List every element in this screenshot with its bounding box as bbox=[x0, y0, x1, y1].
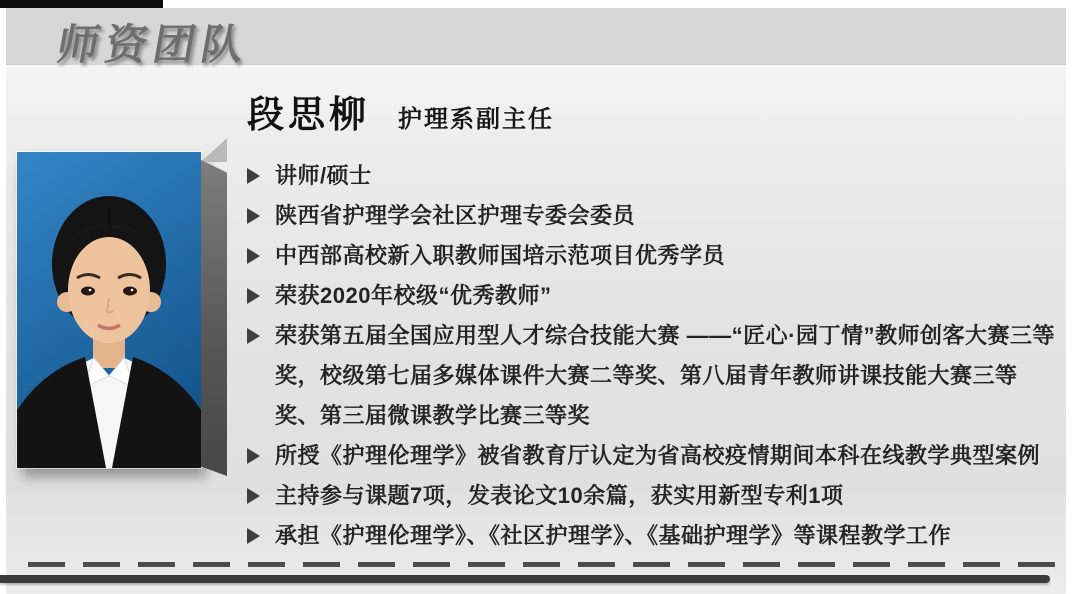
name-row: 段思柳 护理系副主任 bbox=[247, 84, 554, 138]
credentials-list: 讲师/硕士陕西省护理学会社区护理专委会委员中西部高校新入职教师国培示范项目优秀学… bbox=[247, 156, 1059, 556]
person-role: 护理系副主任 bbox=[398, 99, 554, 134]
arrow-bullet-icon bbox=[247, 208, 260, 224]
bullet-text: 陕西省护理学会社区护理专委会委员 bbox=[275, 196, 635, 236]
portrait-photo-graphic bbox=[17, 152, 201, 468]
arrow-bullet-icon bbox=[247, 328, 260, 344]
list-item: 荣获第五届全国应用型人才综合技能大赛 ——“匠心·园丁情”教师创客大赛三等奖，校… bbox=[247, 316, 1059, 436]
person-name: 段思柳 bbox=[247, 84, 370, 138]
arrow-bullet-icon bbox=[247, 168, 260, 184]
bullet-text: 主持参与课题7项，发表论文10余篇，获实用新型专利1项 bbox=[275, 476, 843, 516]
arrow-bullet-icon bbox=[247, 248, 260, 264]
header-banner: 师资团队 bbox=[6, 8, 1066, 65]
slide: 师资团队 bbox=[0, 0, 1080, 594]
arrow-bullet-icon bbox=[247, 528, 260, 544]
list-item: 所授《护理伦理学》被省教育厅认定为省高校疫情期间本科在线教学典型案例 bbox=[247, 436, 1059, 476]
profile-photo bbox=[17, 152, 201, 468]
arrow-bullet-icon bbox=[247, 448, 260, 464]
top-accent-bar bbox=[0, 0, 163, 8]
bottom-dashed-divider bbox=[28, 562, 1064, 567]
bullet-text: 承担《护理伦理学》、《社区护理学》、《基础护理学》等课程教学工作 bbox=[275, 516, 951, 556]
list-item: 中西部高校新入职教师国培示范项目优秀学员 bbox=[247, 236, 1059, 276]
bullet-text: 讲师/硕士 bbox=[275, 156, 372, 196]
arrow-bullet-icon bbox=[247, 488, 260, 504]
list-item: 承担《护理伦理学》、《社区护理学》、《基础护理学》等课程教学工作 bbox=[247, 516, 1059, 556]
bullet-text: 所授《护理伦理学》被省教育厅认定为省高校疫情期间本科在线教学典型案例 bbox=[275, 436, 1040, 476]
bullet-text: 荣获2020年校级“优秀教师” bbox=[275, 276, 551, 316]
bullet-text: 荣获第五届全国应用型人才综合技能大赛 ——“匠心·园丁情”教师创客大赛三等奖，校… bbox=[275, 316, 1059, 436]
photo-side-strip bbox=[201, 160, 227, 476]
list-item: 主持参与课题7项，发表论文10余篇，获实用新型专利1项 bbox=[247, 476, 1059, 516]
bullet-text: 中西部高校新入职教师国培示范项目优秀学员 bbox=[275, 236, 725, 276]
page-title: 师资团队 bbox=[53, 12, 256, 72]
list-item: 陕西省护理学会社区护理专委会委员 bbox=[247, 196, 1059, 236]
arrow-bullet-icon bbox=[247, 288, 260, 304]
list-item: 讲师/硕士 bbox=[247, 156, 1059, 196]
list-item: 荣获2020年校级“优秀教师” bbox=[247, 276, 1059, 316]
bottom-solid-bar bbox=[0, 575, 1050, 583]
